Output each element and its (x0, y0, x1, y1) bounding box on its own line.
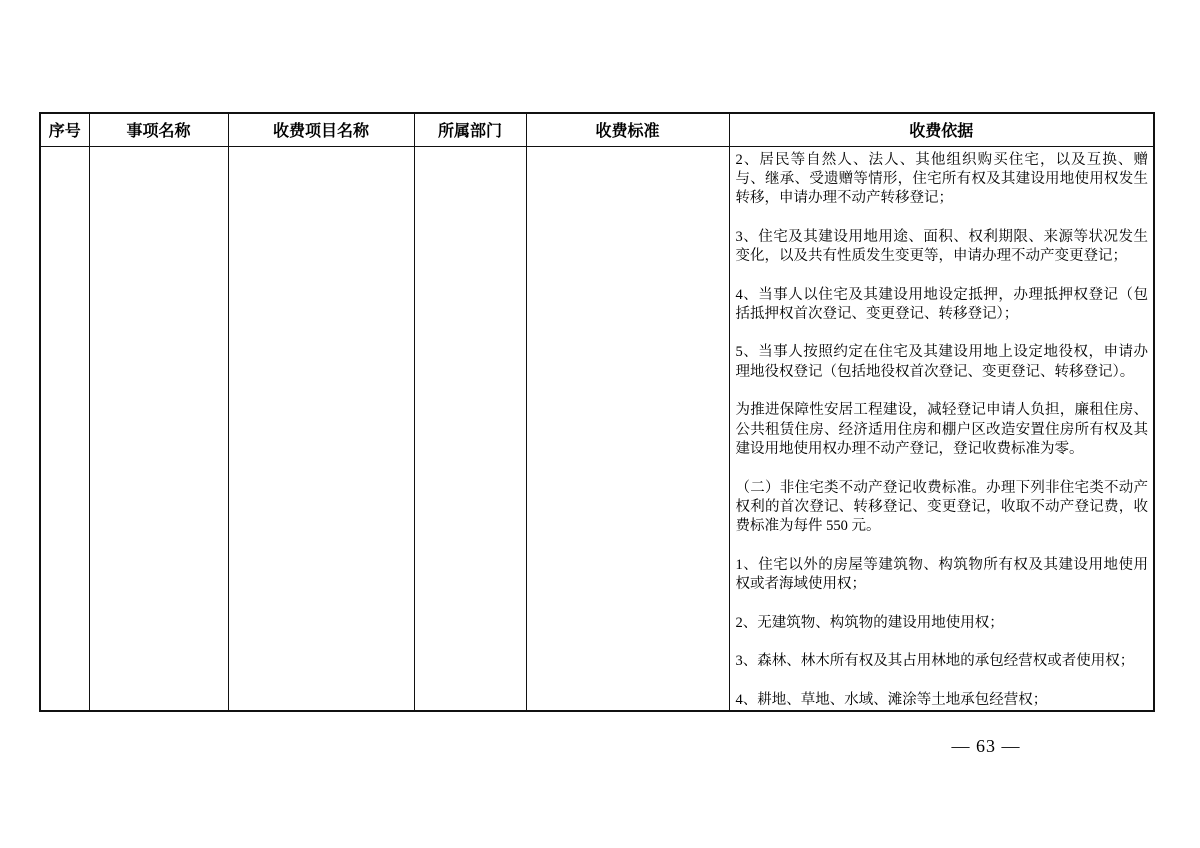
cell-seq (40, 146, 89, 711)
cell-department (414, 146, 526, 711)
col-header-seq: 序号 (40, 113, 89, 146)
col-header-fee-item-name: 收费项目名称 (228, 113, 414, 146)
col-header-department: 所属部门 (414, 113, 526, 146)
fee-schedule-table: 序号 事项名称 收费项目名称 所属部门 收费标准 收费依据 2、居民等自然人、法… (39, 112, 1155, 712)
col-header-fee-standard: 收费标准 (526, 113, 729, 146)
col-header-item-name: 事项名称 (89, 113, 228, 146)
fee-basis-paragraph: 1、住宅以外的房屋等建筑物、构筑物所有权及其建设用地使用权或者海域使用权； (736, 556, 1149, 595)
fee-basis-paragraph: 4、当事人以住宅及其建设用地设定抵押，办理抵押权登记（包括抵押权首次登记、变更登… (736, 286, 1149, 325)
fee-basis-paragraph: 5、当事人按照约定在住宅及其建设用地上设定地役权，申请办理地役权登记（包括地役权… (736, 343, 1149, 382)
fee-basis-paragraph: （二）非住宅类不动产登记收费标准。办理下列非住宅类不动产权利的首次登记、转移登记… (736, 479, 1149, 537)
page-number: — 63 — (900, 736, 1072, 757)
fee-basis-paragraph: 3、森林、林木所有权及其占用林地的承包经营权或者使用权； (736, 652, 1149, 671)
fee-basis-paragraph: 2、无建筑物、构筑物的建设用地使用权； (736, 614, 1149, 633)
cell-fee-standard (526, 146, 729, 711)
fee-basis-paragraph: 4、耕地、草地、水域、滩涂等土地承包经营权； (736, 691, 1149, 710)
cell-fee-basis: 2、居民等自然人、法人、其他组织购买住宅，以及互换、赠与、继承、受遗赠等情形，住… (729, 146, 1154, 711)
fee-basis-paragraph: 为推进保障性安居工程建设，减轻登记申请人负担，廉租住房、公共租赁住房、经济适用住… (736, 401, 1149, 459)
table-header-row: 序号 事项名称 收费项目名称 所属部门 收费标准 收费依据 (40, 113, 1154, 146)
fee-basis-paragraph: 2、居民等自然人、法人、其他组织购买住宅，以及互换、赠与、继承、受遗赠等情形，住… (736, 151, 1149, 209)
col-header-fee-basis: 收费依据 (729, 113, 1154, 146)
cell-fee-item-name (228, 146, 414, 711)
cell-item-name (89, 146, 228, 711)
table-row: 2、居民等自然人、法人、其他组织购买住宅，以及互换、赠与、继承、受遗赠等情形，住… (40, 146, 1154, 711)
fee-basis-paragraph: 3、住宅及其建设用地用途、面积、权利期限、来源等状况发生变化，以及共有性质发生变… (736, 228, 1149, 267)
